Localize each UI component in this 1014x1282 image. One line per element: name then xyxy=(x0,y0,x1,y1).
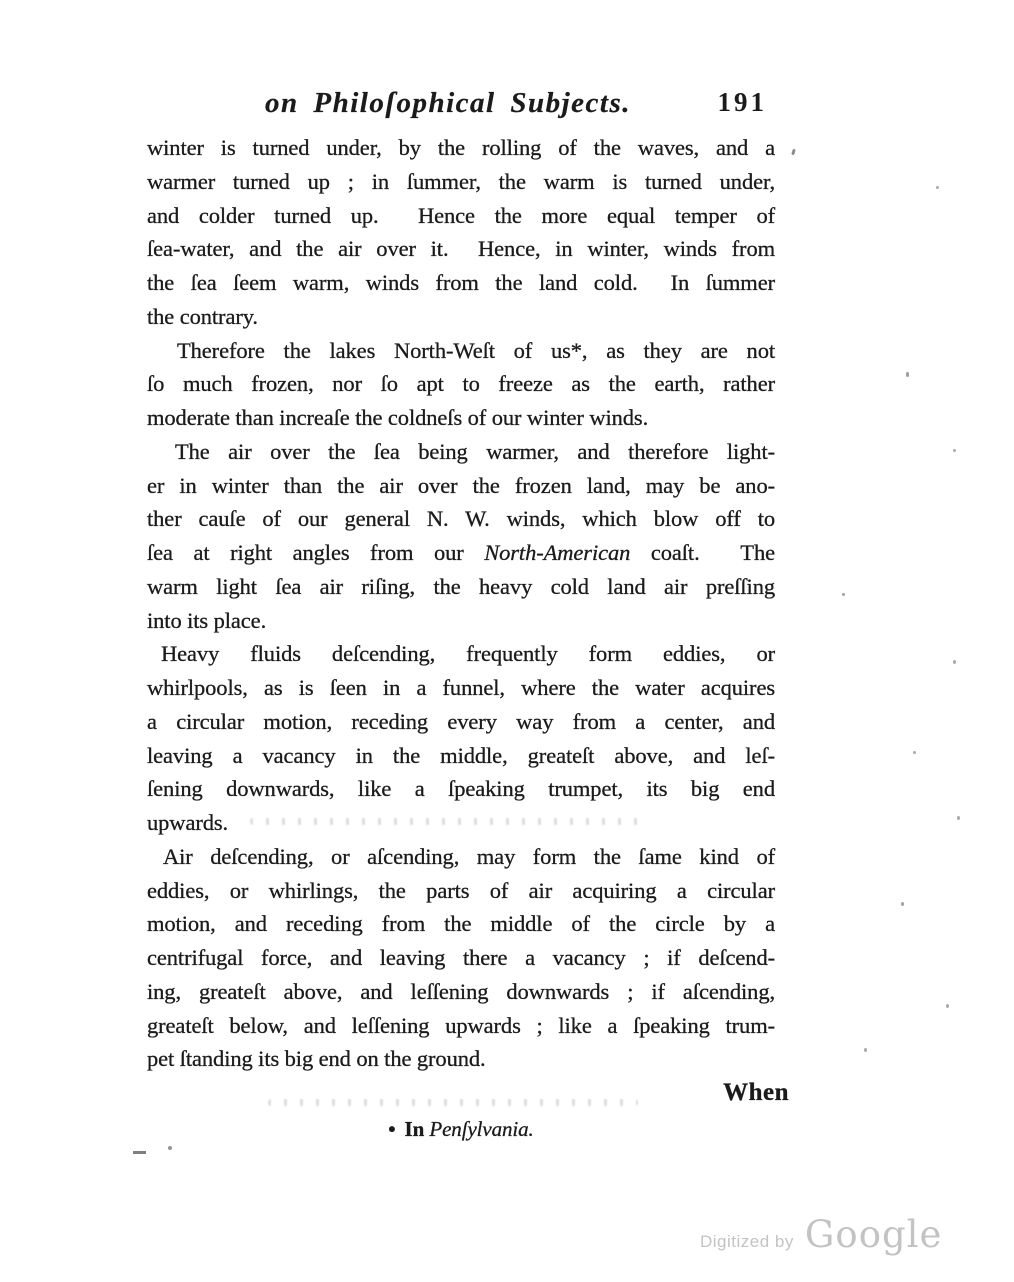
paragraph: Heavy fluids deſcending, frequently form… xyxy=(147,637,775,840)
ink-speck xyxy=(842,593,845,596)
ink-speck xyxy=(953,449,956,452)
text-line: ther cauſe of our general N. W. winds, w… xyxy=(147,502,775,536)
text-line: pet ſtanding its big end on the ground. xyxy=(147,1042,775,1076)
catchword: When xyxy=(723,1079,789,1106)
ink-speck xyxy=(901,902,904,906)
text-line: leaving a vacancy in the middle, greateſ… xyxy=(147,739,775,773)
text-line: Air deſcending, or aſcending, may form t… xyxy=(147,840,775,874)
text-line: whirlpools, as is ſeen in a funnel, wher… xyxy=(147,671,775,705)
text-line: a circular motion, receding every way fr… xyxy=(147,705,775,739)
text-line: The air over the ſea being warmer, and t… xyxy=(147,435,775,469)
paragraph: The air over the ſea being warmer, and t… xyxy=(147,435,775,638)
ghost-smudge xyxy=(268,1099,638,1106)
paragraph: Air deſcending, or aſcending, may form t… xyxy=(147,840,775,1076)
text-line: ſening downwards, like a ſpeaking trumpe… xyxy=(147,772,775,806)
text-line: into its place. xyxy=(147,604,775,638)
ink-speck xyxy=(864,1048,867,1052)
text-line: ing, greateſt above, and leſſening downw… xyxy=(147,975,775,1009)
text-line: ſea at right angles from our North-Ameri… xyxy=(147,536,775,570)
ink-speck xyxy=(953,660,956,664)
text-line: ſo much frozen, nor ſo apt to freeze as … xyxy=(147,367,775,401)
text-line: moderate than increaſe the coldneſs of o… xyxy=(147,401,775,435)
text-line: and colder turned up. Hence the more equ… xyxy=(147,199,775,233)
text-line: ſea-water, and the air over it. Hence, i… xyxy=(147,232,775,266)
ink-speck xyxy=(168,1146,172,1150)
text-line: Heavy fluids deſcending, frequently form… xyxy=(147,637,775,671)
text-line: winter is turned under, by the rolling o… xyxy=(147,131,775,165)
text-line: centrifugal force, and leaving there a v… xyxy=(147,941,775,975)
ink-speck xyxy=(946,1004,949,1008)
footnote: •In Penſylvania. xyxy=(147,1113,775,1147)
text-line: warm light ſea air riſing, the heavy col… xyxy=(147,570,775,604)
text-block: winter is turned under, by the rolling o… xyxy=(147,131,775,1147)
running-header: on Philoſophical Subjects. 191 xyxy=(147,82,775,126)
ink-speck xyxy=(957,816,960,820)
book-page-scan: on Philoſophical Subjects. 191 winter is… xyxy=(0,0,1014,1282)
ghost-smudge xyxy=(250,818,640,825)
ink-speck xyxy=(906,372,909,377)
ink-speck xyxy=(936,186,939,189)
google-logo: Google xyxy=(805,1213,943,1256)
text-line: Therefore the lakes North-Weſt of us*, a… xyxy=(147,334,775,368)
running-title: on Philoſophical Subjects. xyxy=(147,82,775,124)
text-line: warmer turned up ; in ſummer, the warm i… xyxy=(147,165,775,199)
text-line: the ſea ſeem warm, winds from the land c… xyxy=(147,266,775,300)
digitization-watermark: Digitized by Google xyxy=(700,1213,942,1256)
digitized-by-label: Digitized by xyxy=(700,1232,794,1252)
text-line: eddies, or whirlings, the parts of air a… xyxy=(147,874,775,908)
footnote-asterisk-marker: • xyxy=(388,1117,395,1141)
text-line: motion, and receding from the middle of … xyxy=(147,907,775,941)
text-line: greateſt below, and leſſening upwards ; … xyxy=(147,1009,775,1043)
page-number: 191 xyxy=(718,87,768,118)
paragraph: Therefore the lakes North-Weſt of us*, a… xyxy=(147,334,775,435)
text-line: er in winter than the air over the froze… xyxy=(147,469,775,503)
ink-speck xyxy=(913,751,916,754)
ink-speck xyxy=(791,149,796,156)
text-block-lines: winter is turned under, by the rolling o… xyxy=(147,131,775,1076)
stray-dash-mark xyxy=(133,1151,146,1154)
footnote-text: In Penſylvania. xyxy=(405,1117,534,1141)
text-line: the contrary. xyxy=(147,300,775,334)
paragraph: winter is turned under, by the rolling o… xyxy=(147,131,775,334)
